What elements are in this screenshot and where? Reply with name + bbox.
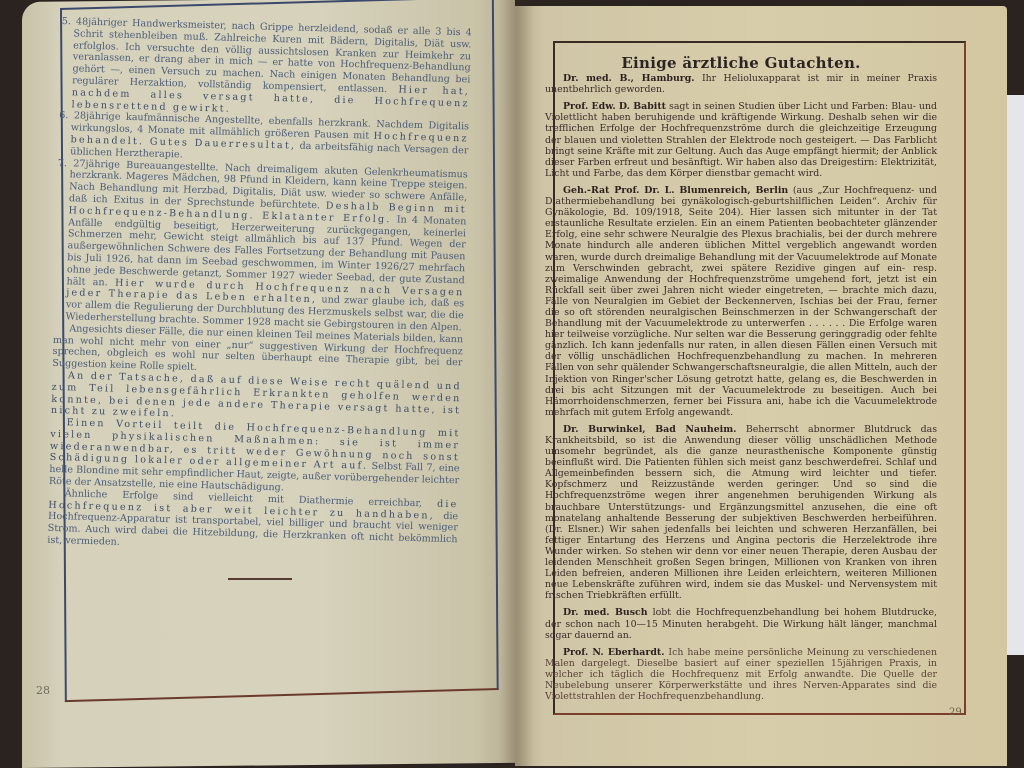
testimonial: Dr. med. Busch lobt die Hochfrequenzbeha… bbox=[545, 607, 937, 640]
right-page-text: Einige ärztliche Gutachten. Dr. med. B.,… bbox=[545, 58, 937, 708]
page-number-left: 28 bbox=[36, 684, 50, 697]
testimonial-author: Prof. Edw. D. Babitt bbox=[563, 101, 666, 112]
case-5: 5. 48jähriger Handwerksmeister, nach Gri… bbox=[59, 16, 471, 122]
testimonial-author: Dr. med. B., Hamburg. bbox=[563, 73, 695, 84]
testimonial-text: sagt in seinen Studien über Licht und Fa… bbox=[545, 101, 937, 179]
testimonial: Geh.-Rat Prof. Dr. L. Blumenreich, Berli… bbox=[545, 185, 937, 418]
testimonial-text: (aus „Zur Hochfrequenz- und Diathermiebe… bbox=[545, 185, 937, 418]
testimonial: Prof. Edw. D. Babitt sagt in seinen Stud… bbox=[545, 101, 937, 179]
case-text: 48jähriger Handwerksmeister, nach Grippe… bbox=[72, 16, 472, 95]
left-page-text: 5. 48jähriger Handwerksmeister, nach Gri… bbox=[47, 16, 472, 558]
paragraph-aehnliche: Ähnliche Erfolge sind vielleicht mit Dia… bbox=[47, 488, 458, 558]
testimonial-author: Geh.-Rat Prof. Dr. L. Blumenreich, Berli… bbox=[563, 185, 788, 196]
case-number: 6. bbox=[59, 110, 68, 121]
page-number-right: 29 bbox=[949, 707, 962, 718]
case-number: 7. bbox=[58, 158, 67, 169]
testimonial: Dr. Burwinkel, Bad Nauheim. Beherrscht a… bbox=[545, 424, 937, 602]
testimonial: Prof. N. Eberhardt. Ich habe meine persö… bbox=[545, 647, 937, 702]
section-end-rule bbox=[228, 578, 292, 580]
testimonial-author: Prof. N. Eberhardt. bbox=[563, 647, 664, 658]
testimonial-text: Beherrscht abnormer Blutdruck das Krankh… bbox=[545, 424, 937, 601]
case-7: 7. 27jährige Bureauangestellte. Nach dre… bbox=[53, 158, 467, 335]
testimonial: Dr. med. B., Hamburg. Ihr Helioluxappara… bbox=[545, 73, 937, 95]
book-gutter bbox=[500, 0, 534, 768]
testimonial-author: Dr. Burwinkel, Bad Nauheim. bbox=[563, 424, 736, 435]
testimonial-author: Dr. med. Busch bbox=[563, 607, 648, 618]
case-number: 5. bbox=[62, 16, 71, 27]
paragraph-vorteil: Einen Vorteil teilt die Hochfrequenz-Beh… bbox=[49, 417, 461, 499]
page-title: Einige ärztliche Gutachten. bbox=[545, 58, 937, 69]
